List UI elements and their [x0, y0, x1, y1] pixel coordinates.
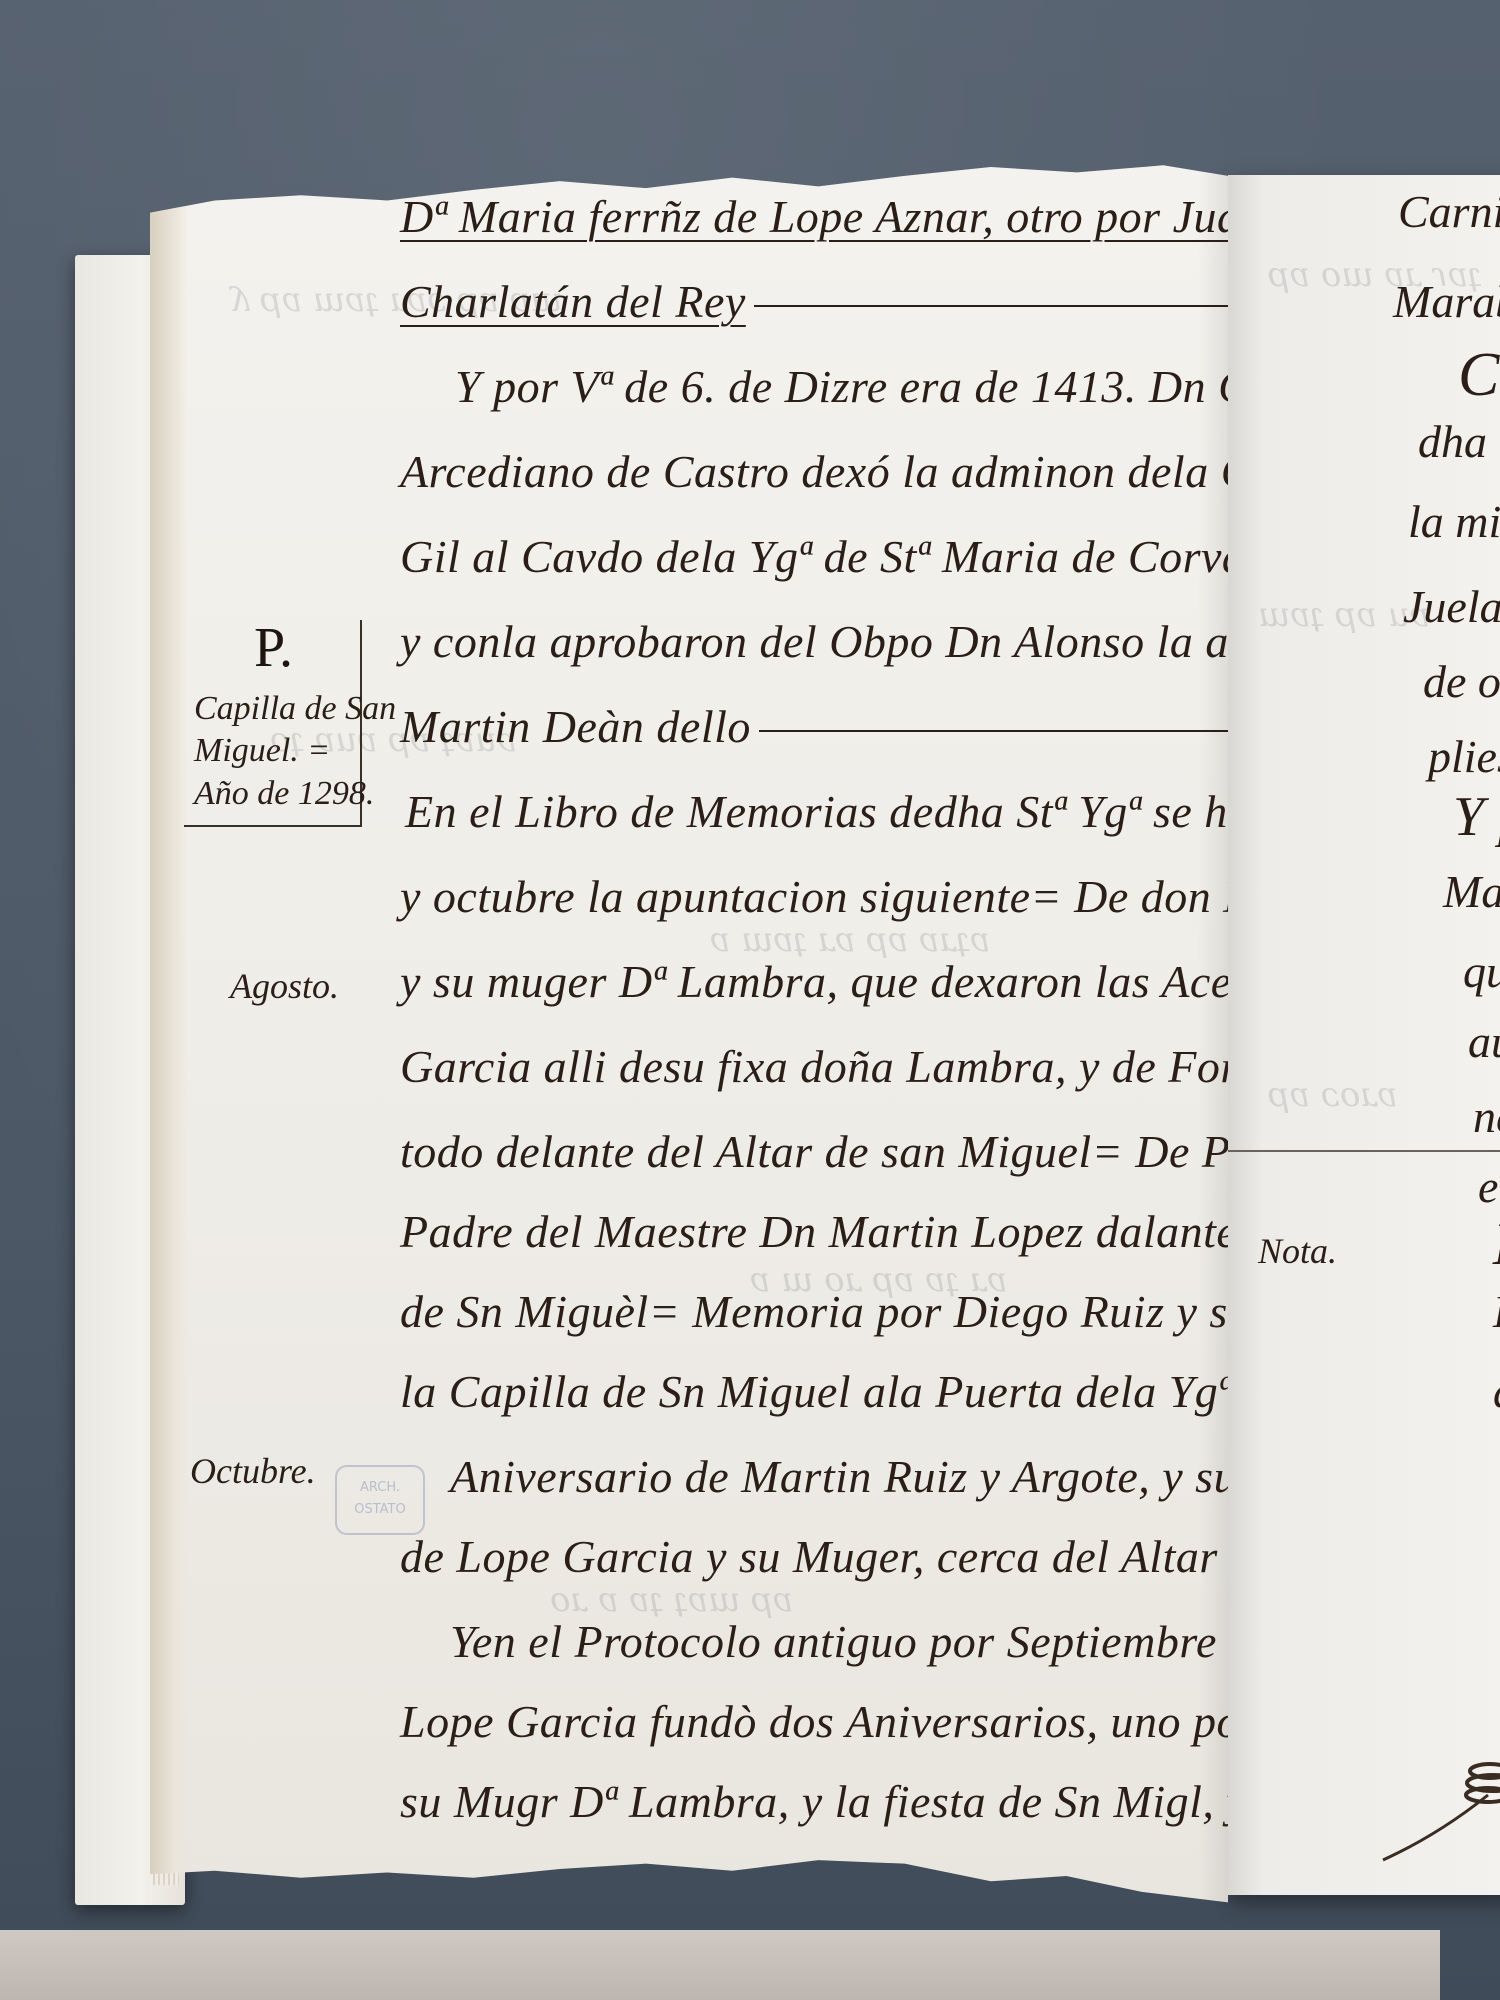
margin-heading-line: Capilla de San: [194, 690, 396, 728]
right-page-initial: Con: [1458, 340, 1500, 411]
right-page-initial: D: [1493, 1210, 1500, 1279]
manuscript-page: ɯɐ ɐp ɔɐɹ ʇɐɯ ɐp ʎ ɐuɐʇ ɐp ɐuɐ ʇo ɐʇɹɐ ɐ…: [150, 160, 1228, 1920]
section-rule: [1228, 1150, 1500, 1152]
right-page-line: enla: [1478, 1160, 1500, 1213]
margin-note-octubre: Octubre.: [190, 1450, 316, 1492]
right-page-line: dn Te: [1493, 1365, 1500, 1418]
margin-heading-line: Miguel. =: [194, 732, 330, 770]
line-fill-rule: [754, 305, 1304, 307]
right-page-line: que t: [1463, 945, 1500, 998]
ink-flourish-icon: [1378, 1735, 1500, 1875]
archive-stamp: ARCH. OSTATO: [335, 1465, 425, 1535]
bleed-through-text: ɐʇɹɐ ɐp ɐɹ ʇɐɯ ɐ: [710, 920, 990, 960]
right-page-line: pliese: [1428, 730, 1500, 783]
right-page-line: Juela p: [1403, 580, 1500, 633]
bleed-through-text: ɐɹoɔ ɐp: [1268, 1075, 1398, 1115]
manuscript-line: Martin Deàn dello: [400, 700, 1319, 753]
right-page-line: Y p: [1453, 785, 1500, 849]
margin-note-agosto: Agosto.: [230, 965, 339, 1007]
right-page-line: dha Yg: [1418, 415, 1500, 468]
right-page-line: nes,: [1473, 1090, 1500, 1143]
right-page-line: Marabi: [1393, 275, 1500, 328]
right-page-line: Dn: [1493, 1285, 1500, 1338]
right-page-line: la mitta: [1408, 495, 1500, 548]
right-page-line: Mad: [1443, 865, 1500, 918]
margin-heading-box: P. Capilla de San Miguel. = Año de 1298.: [184, 620, 362, 827]
margin-letter: P.: [254, 616, 293, 680]
margin-heading-line: Año de 1298.: [194, 775, 374, 813]
right-page-line: auia: [1468, 1015, 1500, 1068]
bleed-through-text: ɐp ɯɐʇ ʇɐ ɐ ɹo: [550, 1580, 793, 1620]
margin-note-nota: Nota.: [1258, 1230, 1337, 1272]
page-binding-edge: [150, 160, 188, 1920]
table-edge: [0, 1930, 1440, 2000]
right-page-line: Carnice: [1398, 185, 1500, 238]
right-facing-page: ʇɐɾ ɹɐ ɯo ɐp ɐu ɐp ʇɐɯ ɐɹoɔ ɐp Carnice M…: [1228, 175, 1500, 1895]
right-page-line: de onz: [1423, 655, 1500, 708]
manuscript-line: Charlatán del Rey: [400, 275, 1304, 328]
